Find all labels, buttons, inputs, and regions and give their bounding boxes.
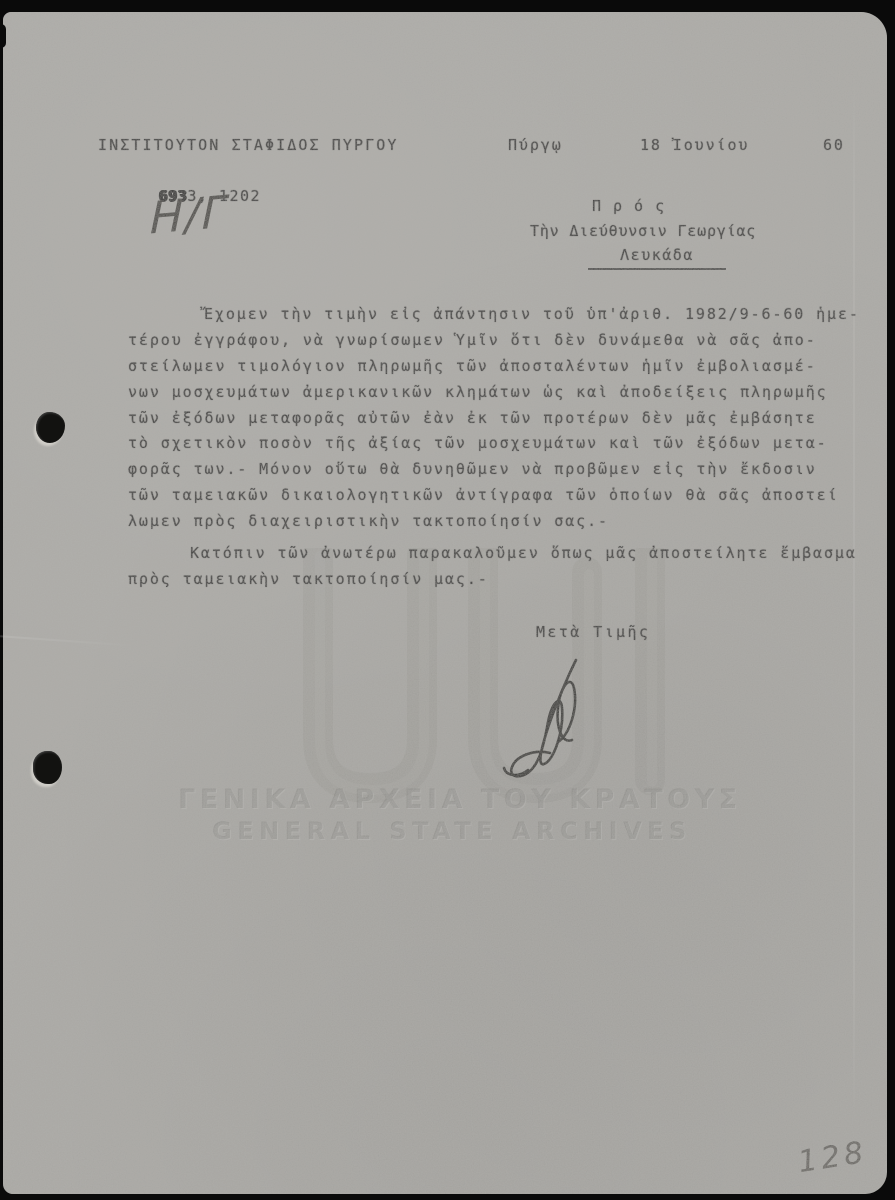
handwritten-initials: Η/Γ — [150, 186, 229, 244]
watermark-text-greek: ΓΕΝΙΚΑ ΑΡΧΕΙΑ ΤΟΥ ΚΡΑΤΟΥΣ — [178, 784, 742, 815]
text-line: πρὸς ταμειακὴν τακτοποίησίν μας.- — [128, 567, 857, 593]
watermark-text-english: GENERAL STATE ARCHIVES — [212, 817, 692, 845]
dateline-place: Πύργῳ — [508, 136, 563, 154]
closing-salutation: Μετὰ Τιμῆς — [536, 623, 650, 641]
paper-fold-line — [853, 70, 855, 1130]
text-line: φορᾶς των.- Μόνον οὕτω θὰ δυνηθῶμεν νὰ π… — [128, 457, 860, 483]
scan-edge-notch — [0, 24, 6, 48]
text-line: Ἔχομεν τὴν τιμὴν εἰς ἀπάντησιν τοῦ ὑπ'ἀρ… — [128, 302, 860, 328]
text-line: τέρου ἐγγράφου, νὰ γνωρίσωμεν Ὑμῖν ὅτι δ… — [128, 328, 860, 354]
text-line: τὸ σχετικὸν ποσὸν τῆς ἀξίας τῶν μοσχευμά… — [128, 431, 860, 457]
text-line: τῶν ταμειακῶν δικαιολογητικῶν ἀντίγραφα … — [128, 483, 860, 509]
recipient-name: Τὴν Διεύθυνσιν Γεωργίας — [530, 222, 756, 240]
sender-name: ΙΝΣΤΙΤΟΥΤΟΝ ΣΤΑΦΙΔΟΣ ΠΥΡΓΟΥ — [98, 136, 399, 154]
dateline-year: 60 — [823, 136, 845, 154]
recipient-label: Πρός — [592, 197, 676, 215]
dateline-date: 18 Ἰουνίου — [640, 136, 749, 154]
text-line: τῶν ἐξόδων μεταφορᾶς αὐτῶν ἐὰν ἐκ τῶν πρ… — [128, 406, 860, 432]
body-paragraph-1: Ἔχομεν τὴν τιμὴν εἰς ἀπάντησιν τοῦ ὑπ'ἀρ… — [128, 302, 860, 535]
text-line: νων μοσχευμάτων ἀμερικανικῶν κλημάτων ὡς… — [128, 380, 860, 406]
scanned-letter-page: ΓΕΝΙΚΑ ΑΡΧΕΙΑ ΤΟΥ ΚΡΑΤΟΥΣ GENERAL STATE … — [0, 0, 895, 1200]
punch-hole-bottom — [33, 751, 62, 784]
signature-scrawl — [498, 650, 608, 780]
recipient-city: Λευκάδα — [588, 246, 726, 270]
body-paragraph-2: Κατόπιν τῶν ἀνωτέρω παρακαλοῦμεν ὅπως μᾶ… — [128, 541, 857, 593]
text-line: στείλωμεν τιμολόγιον πληρωμῆς τῶν ἀποστα… — [128, 354, 860, 380]
text-line: λωμεν πρὸς διαχειριστικὴν τακτοποίησίν σ… — [128, 509, 860, 535]
text-line: Κατόπιν τῶν ἀνωτέρω παρακαλοῦμεν ὅπως μᾶ… — [128, 541, 857, 567]
